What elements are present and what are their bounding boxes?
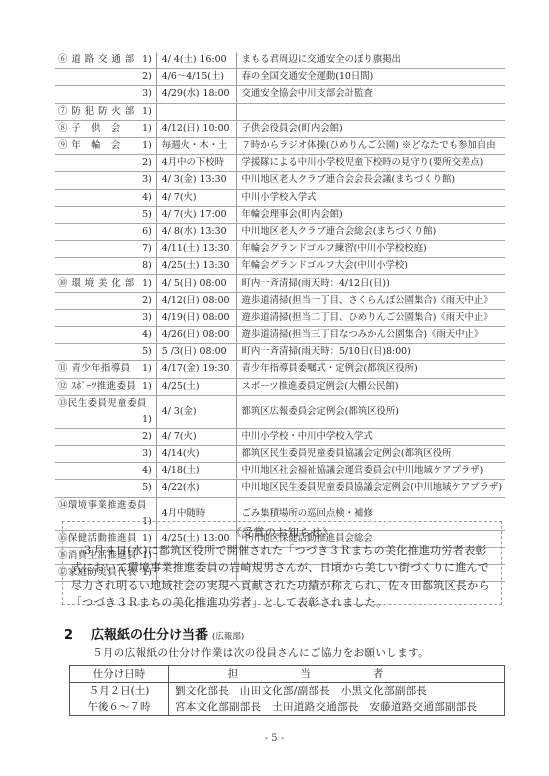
committee-name: ⑦ 防 犯 防 火 部: [58, 104, 135, 120]
section-number: 2: [64, 628, 91, 643]
schedule-group-cell: 6): [55, 223, 156, 240]
item-number: 4): [142, 190, 152, 206]
committee-name: ⑭環境事業推進委員: [58, 498, 147, 514]
duty-date: ５月２日(土): [76, 683, 162, 699]
schedule-group-cell: ⑪ 青少年指導員1): [55, 361, 156, 378]
schedule-description: 都筑区民生委員児童委員協議会定例会(都筑区役所: [236, 445, 505, 462]
schedule-description: 学援隊による中川小学校児童下校時の見守り(要所交差点): [236, 155, 505, 172]
schedule-row: 2)4/6～4/15(土)春の全国交通安全運動(10日間): [55, 69, 505, 86]
schedule-description: ７時からラジオ体操(ひめりんご公園) ※どなたでも参加自由: [236, 137, 505, 154]
schedule-group-cell: 5): [55, 344, 156, 361]
schedule-date: 4/ 4(土) 16:00: [156, 52, 236, 69]
schedule-row: 5)5 /3(日) 08:00町内一斉清掃(雨天時：5/10日(日)8:00): [55, 344, 505, 361]
schedule-date: 4/25(土): [156, 378, 236, 395]
schedule-description: スポーツ推進委員定例会(大棚公民館): [236, 378, 505, 395]
duty-row: ５月２日(土) 午後６～７時 劉文化部長 山田文化部/副部長 小黒文化部副部長 …: [70, 683, 505, 716]
schedule-group-cell: 3): [55, 86, 156, 103]
schedule-date: 毎週火・木・土: [156, 137, 236, 154]
schedule-row: 4)4/26(日) 08:00遊歩道清掃(担当三丁目なつみかん公園集合)《雨天中…: [55, 327, 505, 344]
section-department-note: (広報部): [212, 632, 244, 642]
committee-name: ⑩ 環 境 美 化 部: [58, 276, 135, 292]
schedule-group-cell: 4): [55, 327, 156, 344]
duty-table-header-row: 仕分け日時 担当者: [70, 666, 505, 683]
item-number: 7): [142, 241, 152, 257]
schedule-date: 5 /3(日) 08:00: [156, 344, 236, 361]
schedule-row: 4)4/18(土)中川地区社会福祉協議会運営委員会(中川地域ケアプラザ): [55, 463, 505, 480]
section-title: 広報紙の仕分け当番: [91, 628, 208, 643]
schedule-description: 子供会役員会(町内会館): [236, 120, 505, 137]
section-2-intro: ５月の広報紙の仕分け作業は次の役員さんにご協力をお願いします。: [92, 645, 429, 660]
schedule-group-cell: 5): [55, 206, 156, 223]
schedule-row: 8)4/25(土) 13:30年輪会グランドゴルフ大会(中川小学校): [55, 258, 505, 275]
schedule-group-cell: ⑫ ｽﾎﾟｰﾂ推進委員1): [55, 378, 156, 395]
item-number: 5): [142, 207, 152, 223]
schedule-date: 4/6～4/15(土): [156, 69, 236, 86]
schedule-description: 都筑区広報委員会定例会(都筑区役所): [236, 395, 505, 428]
page-number: - 5 -: [0, 733, 549, 744]
schedule-date: 4/12(日) 08:00: [156, 292, 236, 309]
award-notice-title: 《受賞のお知らせ》: [71, 524, 493, 542]
schedule-row: ⑥ 道 路 交 通 部1)4/ 4(土) 16:00まもる君周辺に交通安全のぼり…: [55, 52, 505, 69]
schedule-group-cell: ⑬民生委員児童委員1): [55, 395, 156, 428]
schedule-date: 4/18(土): [156, 463, 236, 480]
schedule-description: 町内一斉清掃(雨天時：4/12日(日)): [236, 275, 505, 292]
schedule-description: 青少年指導員委嘱式・定例会(都筑区役所): [236, 361, 505, 378]
schedule-date: 4/ 7(火): [156, 428, 236, 445]
schedule-group-cell: ⑥ 道 路 交 通 部1): [55, 52, 156, 69]
committee-name: ⑧ 子 供 会: [58, 121, 121, 137]
monthly-activity-schedule-table: ⑥ 道 路 交 通 部1)4/ 4(土) 16:00まもる君周辺に交通安全のぼり…: [55, 52, 505, 582]
schedule-description: 中川小学校・中川中学校入学式: [236, 428, 505, 445]
header-assignees: 担当者: [169, 666, 505, 683]
duty-time: 午後６～７時: [76, 699, 162, 715]
schedule-group-cell: 7): [55, 241, 156, 258]
item-number: 4): [142, 463, 152, 479]
schedule-group-cell: 3): [55, 309, 156, 326]
schedule-row: 2)4/ 7(火)中川小学校・中川中学校入学式: [55, 428, 505, 445]
schedule-group-cell: 8): [55, 258, 156, 275]
schedule-group-cell: 2): [55, 155, 156, 172]
item-number: 2): [142, 69, 152, 85]
item-number: 2): [142, 155, 152, 171]
item-number: 1): [142, 361, 152, 377]
committee-name: ⑬民生委員児童委員: [58, 396, 147, 412]
schedule-date: 4/25(土) 13:30: [156, 258, 236, 275]
schedule-group-cell: 5): [55, 480, 156, 497]
schedule-date: 4/19(日) 08:00: [156, 309, 236, 326]
schedule-date: 4/ 5(日) 08:00: [156, 275, 236, 292]
schedule-description: 年輪会理事会(町内会館): [236, 206, 505, 223]
schedule-row: 2)4/12(日) 08:00遊歩道清掃(担当一丁目、さくらんぼ公園集合)《雨天…: [55, 292, 505, 309]
assignees-line-2: 宮本文化部副部長 土田道路交通部長 安藤道路交通部副部長: [175, 699, 498, 715]
item-number: 4): [142, 327, 152, 343]
schedule-date: 4/ 8(水) 13:30: [156, 223, 236, 240]
schedule-row: 2)4月中の下校時学援隊による中川小学校児童下校時の見守り(要所交差点): [55, 155, 505, 172]
award-notice-box: 《受賞のお知らせ》 ３月４日(水)に都筑区役所で開催された「つづき３Ｒまちの美化…: [62, 521, 502, 605]
schedule-row: ⑩ 環 境 美 化 部1)4/ 5(日) 08:00町内一斉清掃(雨天時：4/1…: [55, 275, 505, 292]
schedule-description: 春の全国交通安全運動(10日間): [236, 69, 505, 86]
committee-name: ⑨ 年 輪 会: [58, 138, 121, 154]
schedule-row: ⑨ 年 輪 会1)毎週火・木・土７時からラジオ体操(ひめりんご公園) ※どなたで…: [55, 137, 505, 154]
item-number: 1): [142, 379, 152, 395]
sorting-duty-table: 仕分け日時 担当者 ５月２日(土) 午後６～７時 劉文化部長 山田文化部/副部長…: [69, 665, 505, 716]
schedule-date: 4/ 7(火): [156, 189, 236, 206]
schedule-description: 年輪会グランドゴルフ大会(中川小学校): [236, 258, 505, 275]
schedule-date: 4/29(水) 18:00: [156, 86, 236, 103]
item-number: 5): [142, 480, 152, 496]
schedule-date: 4/ 3(金) 13:30: [156, 172, 236, 189]
schedule-description: 町内一斉清掃(雨天時：5/10日(日)8:00): [236, 344, 505, 361]
schedule-date: 4/12(日) 10:00: [156, 120, 236, 137]
schedule-date: 4/ 7(火) 17:00: [156, 206, 236, 223]
item-number: 8): [142, 258, 152, 274]
schedule-group-cell: 4): [55, 463, 156, 480]
schedule-date: 4/ 3(金): [156, 395, 236, 428]
committee-name: ⑥ 道 路 交 通 部: [58, 52, 135, 68]
schedule-description: 中川小学校入学式: [236, 189, 505, 206]
item-number: 3): [142, 172, 152, 188]
item-number: 2): [142, 293, 152, 309]
schedule-group-cell: 2): [55, 292, 156, 309]
assignees-line-1: 劉文化部長 山田文化部/副部長 小黒文化部副部長: [175, 683, 498, 699]
item-number: 1): [142, 276, 152, 292]
item-number: 1): [142, 104, 152, 120]
schedule-row: 3)4/14(火)都筑区民生委員児童委員協議会定例会(都筑区役所: [55, 445, 505, 462]
schedule-description: 中川地区老人クラブ連合会総会(まちづくり館): [236, 223, 505, 240]
schedule-date: [156, 103, 236, 120]
schedule-row: ⑬民生委員児童委員1)4/ 3(金)都筑区広報委員会定例会(都筑区役所): [55, 395, 505, 428]
schedule-description: 中川地区社会福祉協議会運営委員会(中川地域ケアプラザ): [236, 463, 505, 480]
schedule-group-cell: ⑦ 防 犯 防 火 部1): [55, 103, 156, 120]
schedule-group-cell: ⑨ 年 輪 会1): [55, 137, 156, 154]
schedule-group-cell: 2): [55, 428, 156, 445]
schedule-date: 4/26(日) 08:00: [156, 327, 236, 344]
schedule-row: ⑫ ｽﾎﾟｰﾂ推進委員1)4/25(土)スポーツ推進委員定例会(大棚公民館): [55, 378, 505, 395]
schedule-description: 遊歩道清掃(担当二丁目、ひめりんご公園集合)《雨天中止》: [236, 309, 505, 326]
schedule-row: 7)4/11(土) 13:30年輪会グランドゴルフ練習(中川小学校校庭): [55, 241, 505, 258]
item-number: 3): [142, 310, 152, 326]
schedule-row: ⑧ 子 供 会1)4/12(日) 10:00子供会役員会(町内会館): [55, 120, 505, 137]
committee-name: ⑪ 青少年指導員: [58, 361, 131, 377]
schedule-row: 5)4/22(水)中川地区民生委員児童委員協議会定例会(中川地域ケアプラザ): [55, 480, 505, 497]
schedule-description: 遊歩道清掃(担当一丁目、さくらんぼ公園集合)《雨天中止》: [236, 292, 505, 309]
schedule-description: 遊歩道清掃(担当三丁目なつみかん公園集合)《雨天中止》: [236, 327, 505, 344]
schedule-row: ⑪ 青少年指導員1)4/17(金) 19:30青少年指導員委嘱式・定例会(都筑区…: [55, 361, 505, 378]
schedule-row: 3)4/29(水) 18:00交通安全協会中川支部会計監査: [55, 86, 505, 103]
schedule-date: 4/14(火): [156, 445, 236, 462]
item-number: 5): [142, 344, 152, 360]
schedule-date: 4月中の下校時: [156, 155, 236, 172]
schedule-date: 4/11(土) 13:30: [156, 241, 236, 258]
item-number: 1): [142, 138, 152, 154]
award-notice-body: ３月４日(水)に都筑区役所で開催された「つづき３Ｒまちの美化推進功労者表彰式にお…: [71, 542, 493, 612]
header-datetime: 仕分け日時: [70, 666, 169, 683]
schedule-group-cell: 2): [55, 69, 156, 86]
section-2-heading: 2広報紙の仕分け当番(広報部): [64, 624, 244, 643]
committee-name: ⑫ ｽﾎﾟｰﾂ推進委員: [58, 379, 136, 395]
item-number: 3): [142, 86, 152, 102]
schedule-row: 3)4/19(日) 08:00遊歩道清掃(担当二丁目、ひめりんご公園集合)《雨天…: [55, 309, 505, 326]
schedule-group-cell: 4): [55, 189, 156, 206]
schedule-row: 6)4/ 8(水) 13:30中川地区老人クラブ連合会総会(まちづくり館): [55, 223, 505, 240]
item-number: 1): [142, 121, 152, 137]
schedule-row: 4)4/ 7(火)中川小学校入学式: [55, 189, 505, 206]
schedule-row: 5)4/ 7(火) 17:00年輪会理事会(町内会館): [55, 206, 505, 223]
schedule-row: 3)4/ 3(金) 13:30中川地区老人クラブ連合会会長会議(まちづくり館): [55, 172, 505, 189]
schedule-date: 4/22(水): [156, 480, 236, 497]
schedule-description: まもる君周辺に交通安全のぼり旗掲出: [236, 52, 505, 69]
schedule-description: [236, 103, 505, 120]
schedule-group-cell: ⑩ 環 境 美 化 部1): [55, 275, 156, 292]
schedule-description: 中川地区老人クラブ連合会会長会議(まちづくり館): [236, 172, 505, 189]
item-number: 3): [142, 446, 152, 462]
schedule-group-cell: ⑧ 子 供 会1): [55, 120, 156, 137]
schedule-group-cell: 3): [55, 445, 156, 462]
schedule-row: ⑦ 防 犯 防 火 部1): [55, 103, 505, 120]
item-number: 6): [142, 224, 152, 240]
duty-datetime-cell: ５月２日(土) 午後６～７時: [70, 683, 169, 716]
schedule-description: 中川地区民生委員児童委員協議会定例会(中川地域ケアプラザ): [236, 480, 505, 497]
item-number: 1): [142, 52, 152, 68]
item-number: 2): [142, 429, 152, 445]
schedule-description: 交通安全協会中川支部会計監査: [236, 86, 505, 103]
schedule-description: 年輪会グランドゴルフ練習(中川小学校校庭): [236, 241, 505, 258]
schedule-date: 4/17(金) 19:30: [156, 361, 236, 378]
schedule-group-cell: 3): [55, 172, 156, 189]
duty-assignees-cell: 劉文化部長 山田文化部/副部長 小黒文化部副部長 宮本文化部副部長 土田道路交通…: [169, 683, 505, 716]
item-number: 1): [142, 412, 152, 428]
